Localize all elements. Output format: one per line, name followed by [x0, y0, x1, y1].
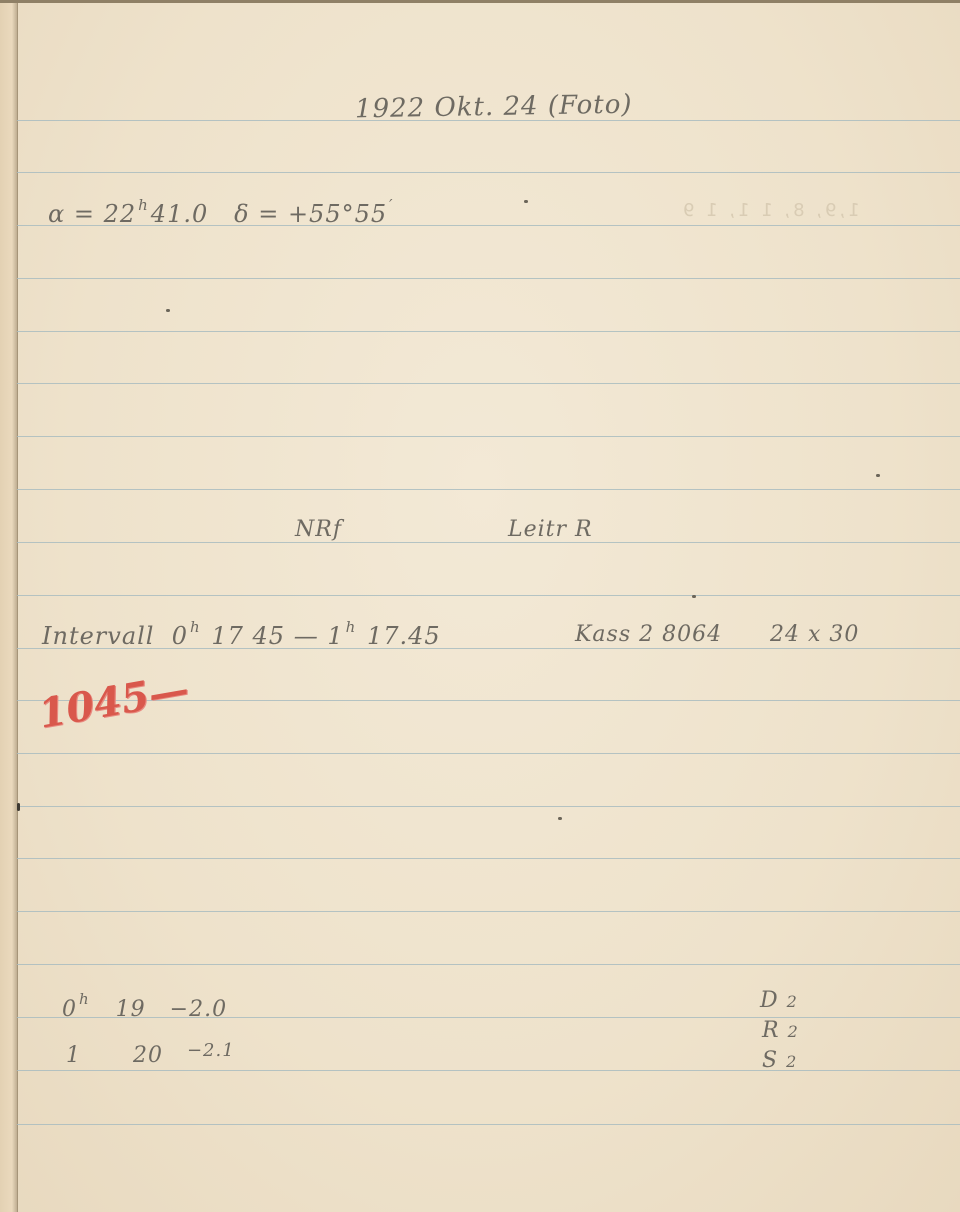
condition-value: 2	[788, 1022, 799, 1041]
red-crayon-note: 1045—	[35, 665, 192, 738]
ruled-line	[17, 964, 960, 965]
binding-mark	[17, 803, 20, 811]
condition-row: S 2	[762, 1048, 797, 1073]
hour-unit: h	[190, 618, 201, 636]
arcminute-unit: ′	[389, 196, 393, 214]
reading-value: −2.1	[187, 1040, 235, 1061]
right-ascension-label: α = 22	[48, 200, 136, 228]
ink-speck	[524, 200, 528, 203]
binding-gutter	[0, 0, 18, 1212]
condition-symbol: S	[762, 1048, 778, 1073]
dash: —	[294, 622, 319, 650]
right-ascension-value: 41.0	[151, 200, 208, 228]
condition-symbol: R	[762, 1018, 780, 1043]
ruled-line	[17, 542, 960, 543]
ruled-line	[17, 595, 960, 596]
ruled-line	[17, 806, 960, 807]
hour-unit: h	[346, 618, 357, 636]
ink-speck	[692, 595, 696, 598]
hour-unit: h	[79, 990, 90, 1008]
bleed-through-text: 1,9, 8, 1 1, 1 9	[680, 200, 860, 221]
exposure-label: Intervall	[42, 622, 154, 650]
condition-symbol: D	[760, 988, 779, 1013]
ink-speck	[558, 817, 562, 820]
label-right: Leitr R	[508, 517, 593, 542]
reading-minute: 19	[116, 997, 146, 1022]
page-title: 1922 Okt. 24 (Foto)	[355, 90, 633, 125]
plate-size: 24 x 30	[770, 622, 859, 647]
condition-value: 2	[786, 1052, 797, 1071]
condition-row: D 2	[760, 988, 798, 1013]
condition-value: 2	[787, 992, 798, 1011]
ruled-line	[17, 172, 960, 173]
start-hour: 0	[172, 622, 188, 650]
declination: δ = +55°55	[234, 200, 387, 228]
ruled-line	[17, 489, 960, 490]
reading-value: −2.0	[170, 997, 227, 1022]
ruled-line	[17, 278, 960, 279]
coordinates-line: α = 22h41.0 δ = +55°55′	[48, 196, 396, 228]
ruled-line	[17, 1124, 960, 1125]
ruled-line	[17, 858, 960, 859]
ink-speck	[876, 474, 880, 477]
ruled-line	[17, 911, 960, 912]
ruled-line	[17, 331, 960, 332]
page-top-edge	[0, 0, 960, 3]
reading-minute: 20	[133, 1043, 163, 1068]
exposure-line: Intervall 0h 17 45 — 1h 17.45	[42, 618, 441, 650]
plate-id: Kass 2 8064	[575, 622, 722, 647]
reading-row: 1 20 −2.1	[66, 1036, 235, 1068]
condition-row: R 2	[762, 1018, 799, 1043]
ink-speck	[166, 309, 170, 312]
hour-unit: h	[138, 196, 149, 214]
reading-hour: 1	[66, 1043, 81, 1068]
end-hour: 1	[327, 622, 343, 650]
ruled-line	[17, 383, 960, 384]
ruled-line	[17, 436, 960, 437]
label-left: NRf	[295, 517, 342, 542]
start-time: 17 45	[211, 622, 285, 650]
notebook-page: 1,9, 8, 1 1, 1 9 1922 Okt. 24 (Foto) α =…	[0, 0, 960, 1212]
ruled-line	[17, 1070, 960, 1071]
reading-hour: 0	[62, 997, 77, 1022]
ruled-line	[17, 753, 960, 754]
end-time: 17.45	[367, 622, 441, 650]
reading-row: 0h 19 −2.0	[62, 990, 227, 1022]
